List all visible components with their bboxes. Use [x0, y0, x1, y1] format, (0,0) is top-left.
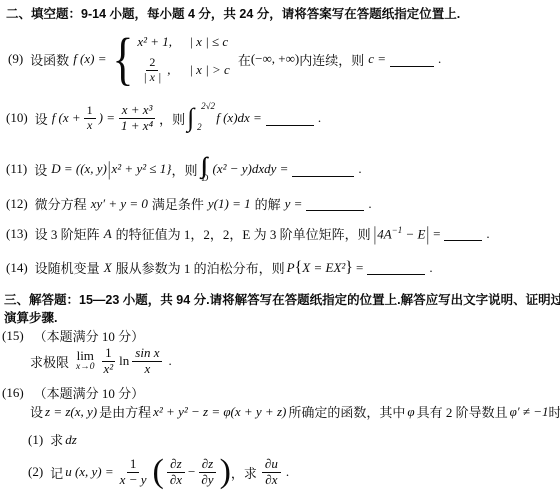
q10-main-numerator: x + x³	[119, 103, 156, 119]
question-14: (14) 设随机变量 X 服从参数为 1 的泊松分布，则 P { X = EX²…	[6, 258, 433, 277]
q14-label: (14)	[6, 260, 28, 276]
question-16-part1: (1) 求 dz	[28, 430, 77, 449]
q10-then: ，则	[159, 109, 185, 128]
section3-header-text1: 三、解答题：15—23 小题，共 94 分.请将解答写在答题纸指定的位置上.解答…	[4, 290, 560, 308]
q15-frac2-denominator: x	[141, 362, 153, 377]
q13-det-b: − E	[402, 226, 425, 241]
q9-cases: x² + 1, | x | ≤ c 2 | x | , | x | > c	[137, 34, 229, 83]
q16-pd2-numerator: ∂z	[199, 457, 216, 473]
q10-inner-fraction: 1 x	[84, 104, 96, 131]
q13-text1: 设 3 阶矩阵	[35, 224, 100, 243]
question-15-formula: 求极限 lim x→0 1 x² ln sin x x .	[30, 341, 172, 381]
q16-u-equals: u (x, y) =	[65, 464, 113, 480]
exam-page: 二、填空题：9-14 小题，每小题 4 分，共 24 分，请将答案写在答题纸指定…	[0, 0, 560, 496]
q11-integrand: (x² − y)dxdy =	[212, 161, 288, 177]
q15-frac2-numerator: sin x	[132, 346, 162, 362]
q14-equals: =	[356, 260, 363, 276]
q15-fraction-2: sin x x	[132, 346, 162, 377]
q15-limit: lim x→0	[76, 349, 94, 373]
q10-answer-blank	[266, 111, 314, 126]
question-16-body: 设 z = z(x, y) 是由方程 x² + y² − z = φ(x + y…	[30, 402, 560, 421]
q9-answer-blank	[390, 52, 434, 67]
q16-label: (16)	[2, 385, 24, 401]
q9-case2-fraction: 2 | x |	[140, 56, 164, 83]
q11-set-right: x² + y² ≤ 1}	[112, 161, 172, 177]
q11-set-bar: |	[108, 157, 111, 182]
q16-pd3-numerator: ∂u	[262, 457, 281, 473]
question-16-heading: (16) （本题满分 10 分）	[2, 383, 144, 402]
q16-partial-3: ∂u ∂x	[262, 457, 281, 488]
q16-body-eq1: z = z(x, y)	[45, 404, 97, 420]
q9-range: (−∞, +∞)	[251, 51, 299, 67]
q9-case1: x² + 1, | x | ≤ c	[137, 34, 229, 50]
q14-variable-X: X	[104, 260, 112, 276]
q16-part1-text: 求	[50, 430, 63, 449]
q9-case2-cond: | x | > c	[189, 62, 229, 78]
q9-label: (9)	[8, 51, 23, 67]
q9-case1-expr: x² + 1,	[137, 34, 189, 50]
q16-body-eq3: φ′ ≠ −1	[510, 404, 549, 420]
q16-partial-2: ∂z ∂y	[198, 457, 216, 488]
q15-frac1-numerator: 1	[102, 346, 115, 362]
question-16-part2: (2) 记 u (x, y) = 1 x − y ( ∂z ∂x − ∂z ∂y…	[28, 450, 289, 494]
q10-integral: ∫ 2√2 2	[187, 105, 214, 131]
q16-mid-text: ，求	[231, 463, 257, 482]
q13-period: .	[486, 226, 489, 242]
q16-body-text2: 是由方程	[99, 402, 151, 421]
q10-inner-denominator: x	[84, 119, 95, 132]
q11-domain-label: D	[202, 173, 209, 183]
q9-case2: 2 | x | , | x | > c	[137, 56, 229, 83]
q12-answer-blank	[306, 196, 364, 211]
q13-matrix-A: A	[104, 226, 112, 242]
q15-frac1-denominator: x²	[100, 362, 116, 377]
question-13: (13) 设 3 阶矩阵 A 的特征值为 1，2，2，E 为 3 阶单位矩阵，则…	[6, 224, 490, 243]
q16-frac1-denominator: x − y	[117, 473, 150, 488]
q16-right-paren: )	[220, 455, 231, 489]
q16-part1-label: (1)	[28, 432, 43, 448]
section3-header-text2: 演算步骤.	[4, 308, 57, 326]
q15-lead: 求极限	[30, 352, 69, 371]
q13-det-left-bar: |	[374, 221, 377, 246]
q10-integral-upper: 2√2	[201, 101, 215, 111]
q10-integrand: f (x)dx =	[216, 110, 262, 126]
q16-pd1-numerator: ∂z	[167, 457, 184, 473]
q13-text2: 的特征值为 1，2，2，E 为 3 阶单位矩阵，则	[116, 224, 371, 243]
q10-inner-numerator: 1	[84, 104, 96, 118]
q16-pd3-denominator: ∂x	[262, 473, 280, 488]
q16-minus: −	[188, 464, 195, 480]
section2-header: 二、填空题：9-14 小题，每小题 4 分，共 24 分，请将答案写在答题纸指定…	[6, 4, 460, 22]
q15-ln: ln	[119, 353, 129, 369]
q15-fraction-1: 1 x²	[100, 346, 116, 377]
q11-then: ，则	[171, 160, 197, 179]
q15-lim-symbol: lim	[77, 349, 94, 363]
q10-f-close: ) =	[99, 110, 115, 126]
section3-header-line2: 演算步骤.	[4, 308, 57, 326]
q16-body-text4: 具有 2 阶导数且	[417, 402, 508, 421]
q13-label: (13)	[6, 226, 28, 242]
q11-answer-blank	[292, 162, 354, 177]
q14-prob-inner: X = EX²	[302, 260, 345, 276]
section2-header-text: 二、填空题：9-14 小题，每小题 4 分，共 24 分，请将答案写在答题纸指定…	[6, 4, 460, 22]
q11-set-left: D = ((x, y)	[51, 161, 107, 177]
q16-body-text5: 时.	[549, 402, 560, 421]
question-12: (12) 微分方程 xy′ + y = 0 满足条件 y(1) = 1 的解 y…	[6, 194, 372, 213]
q16-left-paren: (	[152, 455, 163, 489]
q10-integral-icon: ∫	[187, 103, 194, 132]
q9-fx: f (x) =	[73, 51, 106, 67]
q11-double-integral: ∫∫ D	[201, 155, 208, 184]
q10-main-denominator: 1 + x⁴	[118, 119, 156, 134]
q16-body-eq2: x² + y² − z = φ(x + y + z)	[153, 404, 286, 420]
q11-label: (11)	[6, 161, 27, 177]
q15-period: .	[168, 353, 171, 369]
q11-lead: 设	[34, 160, 47, 179]
q11-period: .	[358, 161, 361, 177]
q13-equals: =	[433, 226, 440, 242]
question-10: (10) 设 f (x + 1 x ) = x + x³ 1 + x⁴ ，则 ∫…	[6, 97, 321, 139]
q9-case2-denominator: | x |	[140, 71, 164, 84]
q9-case2-numerator: 2	[146, 56, 158, 70]
q16-part2-label: (2)	[28, 464, 43, 480]
q12-text3: 的解	[255, 194, 281, 213]
q13-det-exponent: −1	[392, 225, 403, 235]
q16-part2-text: 记	[50, 463, 63, 482]
q9-tail2: 内连续，则	[299, 50, 364, 69]
q16-pd2-denominator: ∂y	[198, 473, 216, 488]
q10-f-open: f (x +	[52, 110, 81, 126]
q16-score: （本题满分 10 分）	[34, 383, 145, 402]
q10-integral-lower: 2	[197, 122, 202, 132]
q13-det-expr: 4A−1 − E	[377, 225, 425, 242]
section3-header-line1: 三、解答题：15—23 小题，共 94 分.请将解答写在答题纸指定的位置上.解答…	[4, 290, 560, 308]
q9-case1-cond: | x | ≤ c	[189, 34, 228, 50]
q10-period: .	[318, 110, 321, 126]
question-11: (11) 设 D = ((x, y) | x² + y² ≤ 1} ，则 ∫∫ …	[6, 147, 362, 191]
q9-period: .	[438, 51, 441, 67]
q9-case2-comma: ,	[167, 62, 170, 78]
q14-prob-P: P	[287, 260, 295, 276]
q9-tail1: 在	[238, 50, 251, 69]
q12-condition: y(1) = 1	[208, 196, 251, 212]
q16-part1-dz: dz	[65, 432, 77, 448]
q16-partial-1: ∂z ∂x	[167, 457, 185, 488]
q12-label: (12)	[6, 196, 28, 212]
q16-frac1-numerator: 1	[127, 457, 140, 473]
q16-body-text3: 所确定的函数，其中	[288, 402, 405, 421]
q10-main-fraction: x + x³ 1 + x⁴	[118, 103, 156, 134]
q13-det-right-bar: |	[426, 221, 429, 246]
q16-period: .	[286, 464, 289, 480]
q14-text2: 服从参数为 1 的泊松分布，则	[116, 258, 285, 277]
q12-text2: 满足条件	[152, 194, 204, 213]
question-9: (9) 设函数 f (x) = { x² + 1, | x | ≤ c 2 | …	[8, 30, 441, 88]
q9-c-equals: c =	[368, 51, 386, 67]
q9-lead: 设函数	[30, 50, 69, 69]
q16-fraction-1: 1 x − y	[117, 457, 150, 488]
q9-case2-expr: 2 | x | ,	[137, 56, 189, 83]
q13-det-a: 4A	[377, 226, 391, 241]
q16-pd1-denominator: ∂x	[167, 473, 185, 488]
q16-body-phi: φ	[407, 404, 414, 420]
q12-text1: 微分方程	[35, 194, 87, 213]
q14-text1: 设随机变量	[35, 258, 100, 277]
q15-label: (15)	[2, 328, 24, 344]
q10-lead: 设	[35, 109, 48, 128]
q12-equation: xy′ + y = 0	[91, 196, 148, 212]
q15-lim-subscript: x→0	[76, 363, 94, 373]
q9-case-brace: {	[112, 33, 133, 85]
q14-answer-blank	[367, 260, 425, 275]
q12-period: .	[368, 196, 371, 212]
q14-right-brace: }	[345, 259, 353, 277]
q10-label: (10)	[6, 110, 28, 126]
q12-y-equals: y =	[285, 196, 303, 212]
q16-body-text1: 设	[30, 402, 43, 421]
q14-period: .	[429, 260, 432, 276]
q13-answer-blank	[444, 226, 482, 241]
